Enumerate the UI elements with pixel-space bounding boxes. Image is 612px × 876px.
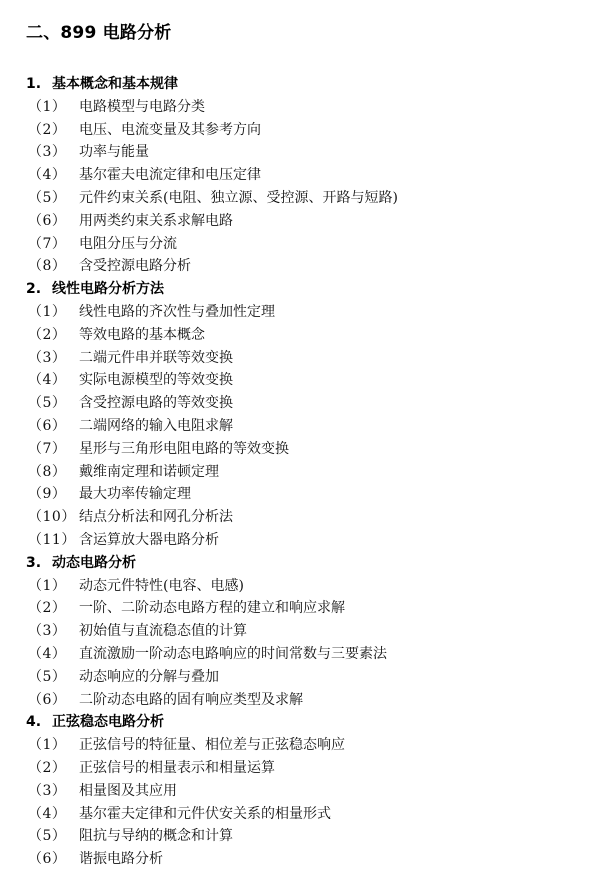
syllabus-outline: 1. 基本概念和基本规律 （1）电路模型与电路分类 （2）电压、电流变量及其参考… — [0, 73, 612, 871]
list-item: （10）结点分析法和网孔分析法 — [0, 506, 612, 529]
item-text: 动态元件特性(电容、电感) — [79, 575, 244, 598]
item-number: （3） — [28, 141, 66, 164]
section-heading: 4. 正弦稳态电路分析 — [0, 711, 612, 734]
item-number: （1） — [28, 301, 66, 324]
list-item: （5）动态响应的分解与叠加 — [0, 666, 612, 689]
item-number: （11） — [28, 529, 76, 552]
list-item: （2）电压、电流变量及其参考方向 — [0, 119, 612, 142]
list-item: （6）二端网络的输入电阻求解 — [0, 415, 612, 438]
section-number: 4. — [26, 711, 41, 734]
list-item: （6）谐振电路分析 — [0, 848, 612, 871]
item-text: 含运算放大器电路分析 — [79, 529, 219, 552]
item-number: （2） — [28, 324, 66, 347]
item-text: 戴维南定理和诺顿定理 — [79, 461, 219, 484]
item-text: 相量图及其应用 — [79, 780, 177, 803]
list-item: （4）基尔霍夫定律和元件伏安关系的相量形式 — [0, 803, 612, 826]
list-item: （7）电阻分压与分流 — [0, 233, 612, 256]
item-number: （4） — [28, 369, 66, 392]
list-item: （9）最大功率传输定理 — [0, 483, 612, 506]
list-item: （5）元件约束关系(电阻、独立源、受控源、开路与短路) — [0, 187, 612, 210]
list-item: （2）等效电路的基本概念 — [0, 324, 612, 347]
item-text: 含受控源电路的等效变换 — [79, 392, 233, 415]
item-text: 实际电源模型的等效变换 — [79, 369, 233, 392]
list-item: （1）线性电路的齐次性与叠加性定理 — [0, 301, 612, 324]
section-title: 基本概念和基本规律 — [52, 73, 178, 96]
item-text: 二端网络的输入电阻求解 — [79, 415, 233, 438]
item-text: 电阻分压与分流 — [79, 233, 177, 256]
list-item: （3）初始值与直流稳态值的计算 — [0, 620, 612, 643]
item-number: （5） — [28, 825, 66, 848]
list-item: （8）戴维南定理和诺顿定理 — [0, 461, 612, 484]
item-number: （6） — [28, 848, 66, 871]
list-item: （1）电路模型与电路分类 — [0, 96, 612, 119]
list-item: （3）相量图及其应用 — [0, 780, 612, 803]
list-item: （2）正弦信号的相量表示和相量运算 — [0, 757, 612, 780]
item-text: 二端元件串并联等效变换 — [79, 347, 233, 370]
item-text: 阻抗与导纳的概念和计算 — [79, 825, 233, 848]
item-text: 功率与能量 — [79, 141, 149, 164]
item-number: （7） — [28, 233, 66, 256]
item-number: （1） — [28, 734, 66, 757]
item-text: 直流激励一阶动态电路响应的时间常数与三要素法 — [79, 643, 387, 666]
item-text: 用两类约束关系求解电路 — [79, 210, 233, 233]
item-text: 一阶、二阶动态电路方程的建立和响应求解 — [79, 597, 345, 620]
item-number: （5） — [28, 392, 66, 415]
list-item: （6）二阶动态电路的固有响应类型及求解 — [0, 689, 612, 712]
section-title: 正弦稳态电路分析 — [52, 711, 164, 734]
section-number: 1. — [26, 73, 41, 96]
document-title: 二、899 电路分析 — [26, 21, 171, 45]
item-number: （3） — [28, 780, 66, 803]
section-title: 线性电路分析方法 — [52, 278, 164, 301]
list-item: （11）含运算放大器电路分析 — [0, 529, 612, 552]
item-number: （7） — [28, 438, 66, 461]
item-number: （2） — [28, 597, 66, 620]
item-text: 星形与三角形电阻电路的等效变换 — [79, 438, 289, 461]
item-number: （4） — [28, 164, 66, 187]
item-text: 含受控源电路分析 — [79, 255, 191, 278]
item-number: （4） — [28, 643, 66, 666]
item-number: （6） — [28, 210, 66, 233]
list-item: （6）用两类约束关系求解电路 — [0, 210, 612, 233]
item-number: （2） — [28, 119, 66, 142]
item-text: 结点分析法和网孔分析法 — [79, 506, 233, 529]
item-text: 基尔霍夫电流定律和电压定律 — [79, 164, 261, 187]
list-item: （2）一阶、二阶动态电路方程的建立和响应求解 — [0, 597, 612, 620]
item-number: （8） — [28, 461, 66, 484]
item-number: （5） — [28, 666, 66, 689]
list-item: （5）阻抗与导纳的概念和计算 — [0, 825, 612, 848]
item-number: （8） — [28, 255, 66, 278]
item-text: 谐振电路分析 — [79, 848, 163, 871]
list-item: （1）动态元件特性(电容、电感) — [0, 575, 612, 598]
list-item: （8）含受控源电路分析 — [0, 255, 612, 278]
item-number: （2） — [28, 757, 66, 780]
item-number: （6） — [28, 415, 66, 438]
list-item: （4）实际电源模型的等效变换 — [0, 369, 612, 392]
item-text: 线性电路的齐次性与叠加性定理 — [79, 301, 275, 324]
item-text: 电路模型与电路分类 — [79, 96, 205, 119]
list-item: （3）二端元件串并联等效变换 — [0, 347, 612, 370]
item-number: （3） — [28, 620, 66, 643]
item-text: 正弦信号的特征量、相位差与正弦稳态响应 — [79, 734, 345, 757]
item-number: （5） — [28, 187, 66, 210]
item-number: （4） — [28, 803, 66, 826]
list-item: （1）正弦信号的特征量、相位差与正弦稳态响应 — [0, 734, 612, 757]
list-item: （4）直流激励一阶动态电路响应的时间常数与三要素法 — [0, 643, 612, 666]
item-number: （6） — [28, 689, 66, 712]
section-number: 2. — [26, 278, 41, 301]
item-number: （1） — [28, 96, 66, 119]
list-item: （4）基尔霍夫电流定律和电压定律 — [0, 164, 612, 187]
item-text: 元件约束关系(电阻、独立源、受控源、开路与短路) — [79, 187, 398, 210]
list-item: （5）含受控源电路的等效变换 — [0, 392, 612, 415]
section-heading: 2. 线性电路分析方法 — [0, 278, 612, 301]
item-text: 二阶动态电路的固有响应类型及求解 — [79, 689, 303, 712]
section-heading: 3. 动态电路分析 — [0, 552, 612, 575]
item-number: （3） — [28, 347, 66, 370]
list-item: （7）星形与三角形电阻电路的等效变换 — [0, 438, 612, 461]
item-number: （10） — [28, 506, 76, 529]
item-text: 电压、电流变量及其参考方向 — [79, 119, 261, 142]
document-page: 二、899 电路分析 1. 基本概念和基本规律 （1）电路模型与电路分类 （2）… — [0, 0, 612, 876]
list-item: （3）功率与能量 — [0, 141, 612, 164]
section-title: 动态电路分析 — [52, 552, 136, 575]
item-number: （1） — [28, 575, 66, 598]
item-text: 最大功率传输定理 — [79, 483, 191, 506]
item-text: 基尔霍夫定律和元件伏安关系的相量形式 — [79, 803, 331, 826]
section-number: 3. — [26, 552, 41, 575]
item-text: 动态响应的分解与叠加 — [79, 666, 219, 689]
section-heading: 1. 基本概念和基本规律 — [0, 73, 612, 96]
item-number: （9） — [28, 483, 66, 506]
item-text: 正弦信号的相量表示和相量运算 — [79, 757, 275, 780]
item-text: 等效电路的基本概念 — [79, 324, 205, 347]
item-text: 初始值与直流稳态值的计算 — [79, 620, 247, 643]
